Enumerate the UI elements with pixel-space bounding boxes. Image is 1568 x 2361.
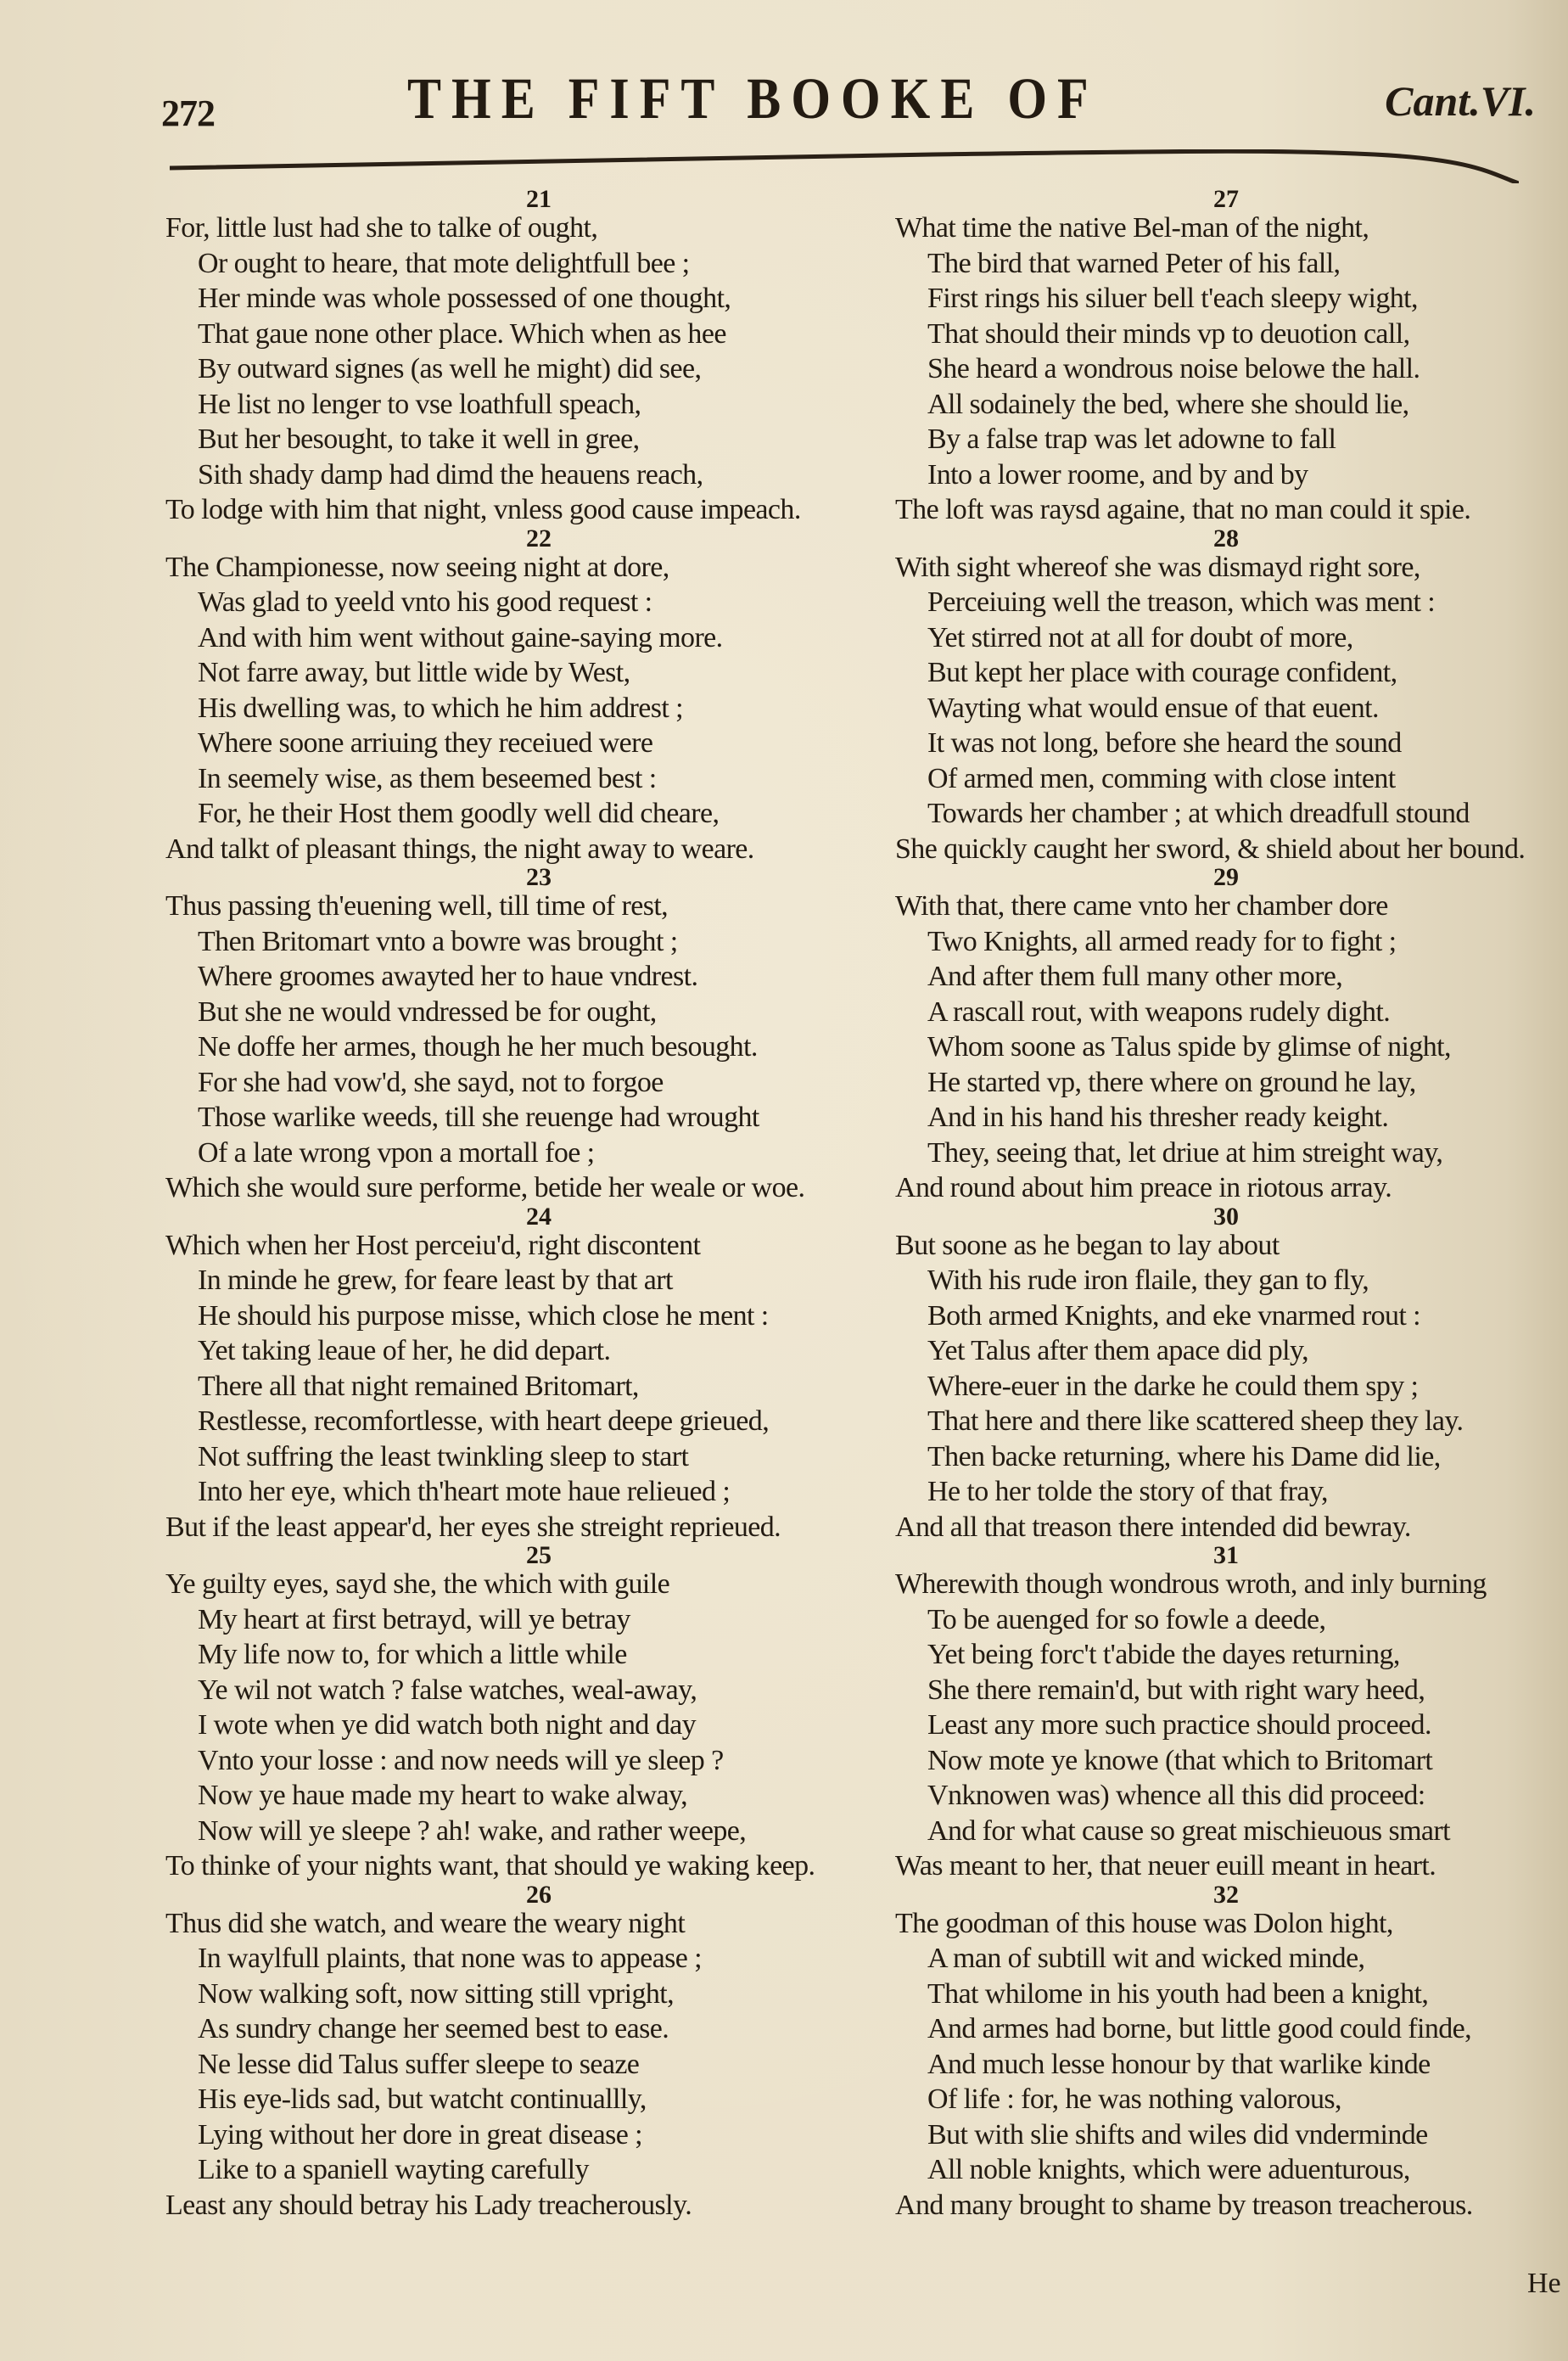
verse-line: Not suffring the least twinkling sleep t… — [165, 1439, 895, 1475]
verse-line: And many brought to shame by treason tre… — [895, 2188, 1540, 2224]
verse-line: And armes had borne, but little good cou… — [895, 2011, 1540, 2047]
verse-line: Where soone arriuing they receiued were — [165, 726, 895, 761]
verse-line: It was not long, before she heard the so… — [895, 726, 1540, 761]
verse-line: She quickly caught her sword, & shield a… — [895, 832, 1540, 867]
verse-line: Not farre away, but little wide by West, — [165, 655, 895, 691]
verse-line: Both armed Knights, and eke vnarmed rout… — [895, 1298, 1540, 1334]
verse-line: Which she would sure performe, betide he… — [165, 1170, 895, 1206]
verse-line: Then Britomart vnto a bowre was brought … — [165, 924, 895, 960]
verse-line: His eye-lids sad, but watcht continualll… — [165, 2082, 895, 2117]
verse-line: My life now to, for which a little while — [165, 1637, 895, 1673]
verse-line: Two Knights, all armed ready for to figh… — [895, 924, 1540, 960]
stanza-number: 27 — [895, 188, 1540, 210]
verse-line: Of a late wrong vpon a mortall foe ; — [165, 1136, 895, 1171]
verse-line: Whom soone as Talus spide by glimse of n… — [895, 1029, 1540, 1065]
catchword: He — [1527, 2268, 1561, 2300]
verse-line: Yet being forc't t'abide the dayes retur… — [895, 1637, 1540, 1673]
stanza: 24 Which when her Host perceiu'd, right … — [165, 1206, 895, 1545]
verse-line: But soone as he began to lay about — [895, 1228, 1540, 1264]
verse-line: Or ought to heare, that mote delightfull… — [165, 246, 895, 282]
verse-line: Where groomes awayted her to haue vndres… — [165, 959, 895, 995]
verse-line: And all that treason there intended did … — [895, 1510, 1540, 1545]
verse-line: Restlesse, recomfortlesse, with heart de… — [165, 1404, 895, 1439]
verse-line: Now walking soft, now sitting still vpri… — [165, 1977, 895, 2012]
verse-line: And for what cause so great mischieuous … — [895, 1814, 1540, 1849]
verse-line: Vnto your losse : and now needs will ye … — [165, 1743, 895, 1779]
verse-line: To be auenged for so fowle a deede, — [895, 1602, 1540, 1638]
verse-line: Now mote ye knowe (that which to Britoma… — [895, 1743, 1540, 1779]
verse-line: I wote when ye did watch both night and … — [165, 1708, 895, 1743]
verse-line: In minde he grew, for feare least by tha… — [165, 1263, 895, 1298]
verse-line: But with slie shifts and wiles did vnder… — [895, 2117, 1540, 2153]
verse-line: Least any more such practice should proc… — [895, 1708, 1540, 1743]
verse-line: My heart at first betrayd, will ye betra… — [165, 1602, 895, 1638]
verse-line: All noble knights, which were aduenturou… — [895, 2152, 1540, 2188]
verse-line: To lodge with him that night, vnless goo… — [165, 492, 895, 528]
verse-line: That whilome in his youth had been a kni… — [895, 1977, 1540, 2012]
verse-line: But her besought, to take it well in gre… — [165, 422, 895, 457]
stanza-number: 31 — [895, 1545, 1540, 1567]
verse-line: His dwelling was, to which he him addres… — [165, 691, 895, 726]
verse-line: Wherewith though wondrous wroth, and inl… — [895, 1567, 1540, 1602]
left-column: 21 For, little lust had she to talke of … — [165, 188, 895, 2223]
stanza: 21 For, little lust had she to talke of … — [165, 188, 895, 528]
verse-line: Of life : for, he was nothing valorous, — [895, 2082, 1540, 2117]
verse-line: With that, there came vnto her chamber d… — [895, 889, 1540, 924]
verse-line: Yet stirred not at all for doubt of more… — [895, 620, 1540, 656]
verse-line: And after them full many other more, — [895, 959, 1540, 995]
stanza: 32 The goodman of this house was Dolon h… — [895, 1884, 1540, 2224]
verse-line: The Championesse, now seeing night at do… — [165, 550, 895, 586]
right-column: 27 What time the native Bel-man of the n… — [895, 188, 1540, 2223]
verse-line: Towards her chamber ; at which dreadfull… — [895, 796, 1540, 832]
verse-line: Those warlike weeds, till she reuenge ha… — [165, 1100, 895, 1136]
verse-line: Wayting what would ensue of that euent. — [895, 691, 1540, 726]
verse-line: Was glad to yeeld vnto his good request … — [165, 585, 895, 620]
verse-line: That should their minds vp to deuotion c… — [895, 317, 1540, 352]
page-number: 272 — [161, 92, 215, 135]
verse-line: He to her tolde the story of that fray, — [895, 1474, 1540, 1510]
verse-line: Of armed men, comming with close intent — [895, 761, 1540, 797]
stanza: 22 The Championesse, now seeing night at… — [165, 528, 895, 867]
stanza: 27 What time the native Bel-man of the n… — [895, 188, 1540, 528]
verse-line: By outward signes (as well he might) did… — [165, 351, 895, 387]
verse-line: Ne lesse did Talus suffer sleepe to seaz… — [165, 2047, 895, 2083]
verse-line: Least any should betray his Lady treache… — [165, 2188, 895, 2224]
verse-line: But if the least appear'd, her eyes she … — [165, 1510, 895, 1545]
verse-line: With sight whereof she was dismayd right… — [895, 550, 1540, 586]
header-rule — [170, 149, 1519, 183]
stanza-number: 26 — [165, 1884, 895, 1906]
stanza-number: 29 — [895, 866, 1540, 889]
verse-line: He started vp, there where on ground he … — [895, 1065, 1540, 1101]
verse-line: A man of subtill wit and wicked minde, — [895, 1941, 1540, 1977]
verse-line: Now ye haue made my heart to wake alway, — [165, 1778, 895, 1814]
verse-line: She there remain'd, but with right wary … — [895, 1673, 1540, 1708]
verse-line: Like to a spaniell wayting carefully — [165, 2152, 895, 2188]
verse-line: That here and there like scattered sheep… — [895, 1404, 1540, 1439]
verse-line: Vnknowen was) whence all this did procee… — [895, 1778, 1540, 1814]
verse-line: Thus did she watch, and weare the weary … — [165, 1906, 895, 1942]
verse-line: And talkt of pleasant things, the night … — [165, 832, 895, 867]
verse-line: To thinke of your nights want, that shou… — [165, 1848, 895, 1884]
verse-line: The loft was raysd againe, that no man c… — [895, 492, 1540, 528]
verse-line: Ye guilty eyes, sayd she, the which with… — [165, 1567, 895, 1602]
verse-line: Her minde was whole possessed of one tho… — [165, 281, 895, 317]
stanza-number: 23 — [165, 866, 895, 889]
stanza-number: 21 — [165, 188, 895, 210]
verse-line: But she ne would vndressed be for ought, — [165, 995, 895, 1030]
verse-line: Into a lower roome, and by and by — [895, 457, 1540, 493]
verse-line: The bird that warned Peter of his fall, — [895, 246, 1540, 282]
verse-line: Perceiuing well the treason, which was m… — [895, 585, 1540, 620]
verse-line: Ne doffe her armes, though he her much b… — [165, 1029, 895, 1065]
stanza: 30 But soone as he began to lay about Wi… — [895, 1206, 1540, 1545]
stanza: 29 With that, there came vnto her chambe… — [895, 866, 1540, 1206]
stanza: 31 Wherewith though wondrous wroth, and … — [895, 1545, 1540, 1884]
verse-line: For, he their Host them goodly well did … — [165, 796, 895, 832]
verse-line: There all that night remained Britomart, — [165, 1369, 895, 1405]
canto-label: Cant.VI. — [1385, 76, 1536, 126]
verse-line: As sundry change her seemed best to ease… — [165, 2011, 895, 2047]
verse-line: Thus passing th'euening well, till time … — [165, 889, 895, 924]
verse-line: She heard a wondrous noise belowe the ha… — [895, 351, 1540, 387]
verse-line: And with him went without gaine-saying m… — [165, 620, 895, 656]
verse-line: Where-euer in the darke he could them sp… — [895, 1369, 1540, 1405]
verse-line: In waylfull plaints, that none was to ap… — [165, 1941, 895, 1977]
verse-line: The goodman of this house was Dolon high… — [895, 1906, 1540, 1942]
verse-line: And round about him preace in riotous ar… — [895, 1170, 1540, 1206]
verse-line: That gaue none other place. Which when a… — [165, 317, 895, 352]
running-head: 272 THE FIFT BOOKE OF Cant.VI. — [161, 66, 1536, 134]
stanza: 28 With sight whereof she was dismayd ri… — [895, 528, 1540, 867]
verse-line: For, little lust had she to talke of oug… — [165, 210, 895, 246]
verse-line: They, seeing that, let driue at him stre… — [895, 1136, 1540, 1171]
verse-line: For she had vow'd, she sayd, not to forg… — [165, 1065, 895, 1101]
stanza-number: 25 — [165, 1545, 895, 1567]
stanza: 25 Ye guilty eyes, sayd she, the which w… — [165, 1545, 895, 1884]
running-title: THE FIFT BOOKE OF — [407, 65, 1099, 132]
verse-line: Then backe returning, where his Dame did… — [895, 1439, 1540, 1475]
verse-line: Which when her Host perceiu'd, right dis… — [165, 1228, 895, 1264]
verse-line: Yet Talus after them apace did ply, — [895, 1333, 1540, 1369]
stanza-number: 22 — [165, 528, 895, 550]
verse-line: And much lesse honour by that warlike ki… — [895, 2047, 1540, 2083]
verse-line: What time the native Bel-man of the nigh… — [895, 210, 1540, 246]
verse-line: By a false trap was let adowne to fall — [895, 422, 1540, 457]
verse-line: Now will ye sleepe ? ah! wake, and rathe… — [165, 1814, 895, 1849]
stanza-number: 30 — [895, 1206, 1540, 1228]
verse-line: Into her eye, which th'heart mote haue r… — [165, 1474, 895, 1510]
stanza-number: 24 — [165, 1206, 895, 1228]
verse-line: And in his hand his thresher ready keigh… — [895, 1100, 1540, 1136]
verse-line: Was meant to her, that neuer euill meant… — [895, 1848, 1540, 1884]
verse-line: Yet taking leaue of her, he did depart. — [165, 1333, 895, 1369]
verse-line: With his rude iron flaile, they gan to f… — [895, 1263, 1540, 1298]
stanza-number: 32 — [895, 1884, 1540, 1906]
verse-line: In seemely wise, as them beseemed best : — [165, 761, 895, 797]
book-page: 272 THE FIFT BOOKE OF Cant.VI. 21 For, l… — [0, 0, 1568, 2361]
stanza: 23 Thus passing th'euening well, till ti… — [165, 866, 895, 1206]
verse-line: Ye wil not watch ? false watches, weal-a… — [165, 1673, 895, 1708]
stanza-number: 28 — [895, 528, 1540, 550]
verse-line: Sith shady damp had dimd the heauens rea… — [165, 457, 895, 493]
verse-line: But kept her place with courage confiden… — [895, 655, 1540, 691]
verse-line: All sodainely the bed, where she should … — [895, 387, 1540, 423]
verse-line: He should his purpose misse, which close… — [165, 1298, 895, 1334]
verse-line: He list no lenger to vse loathfull speac… — [165, 387, 895, 423]
verse-line: First rings his siluer bell t'each sleep… — [895, 281, 1540, 317]
verse-line: Lying without her dore in great disease … — [165, 2117, 895, 2153]
verse-line: A rascall rout, with weapons rudely digh… — [895, 995, 1540, 1030]
stanza: 26 Thus did she watch, and weare the wea… — [165, 1884, 895, 2224]
